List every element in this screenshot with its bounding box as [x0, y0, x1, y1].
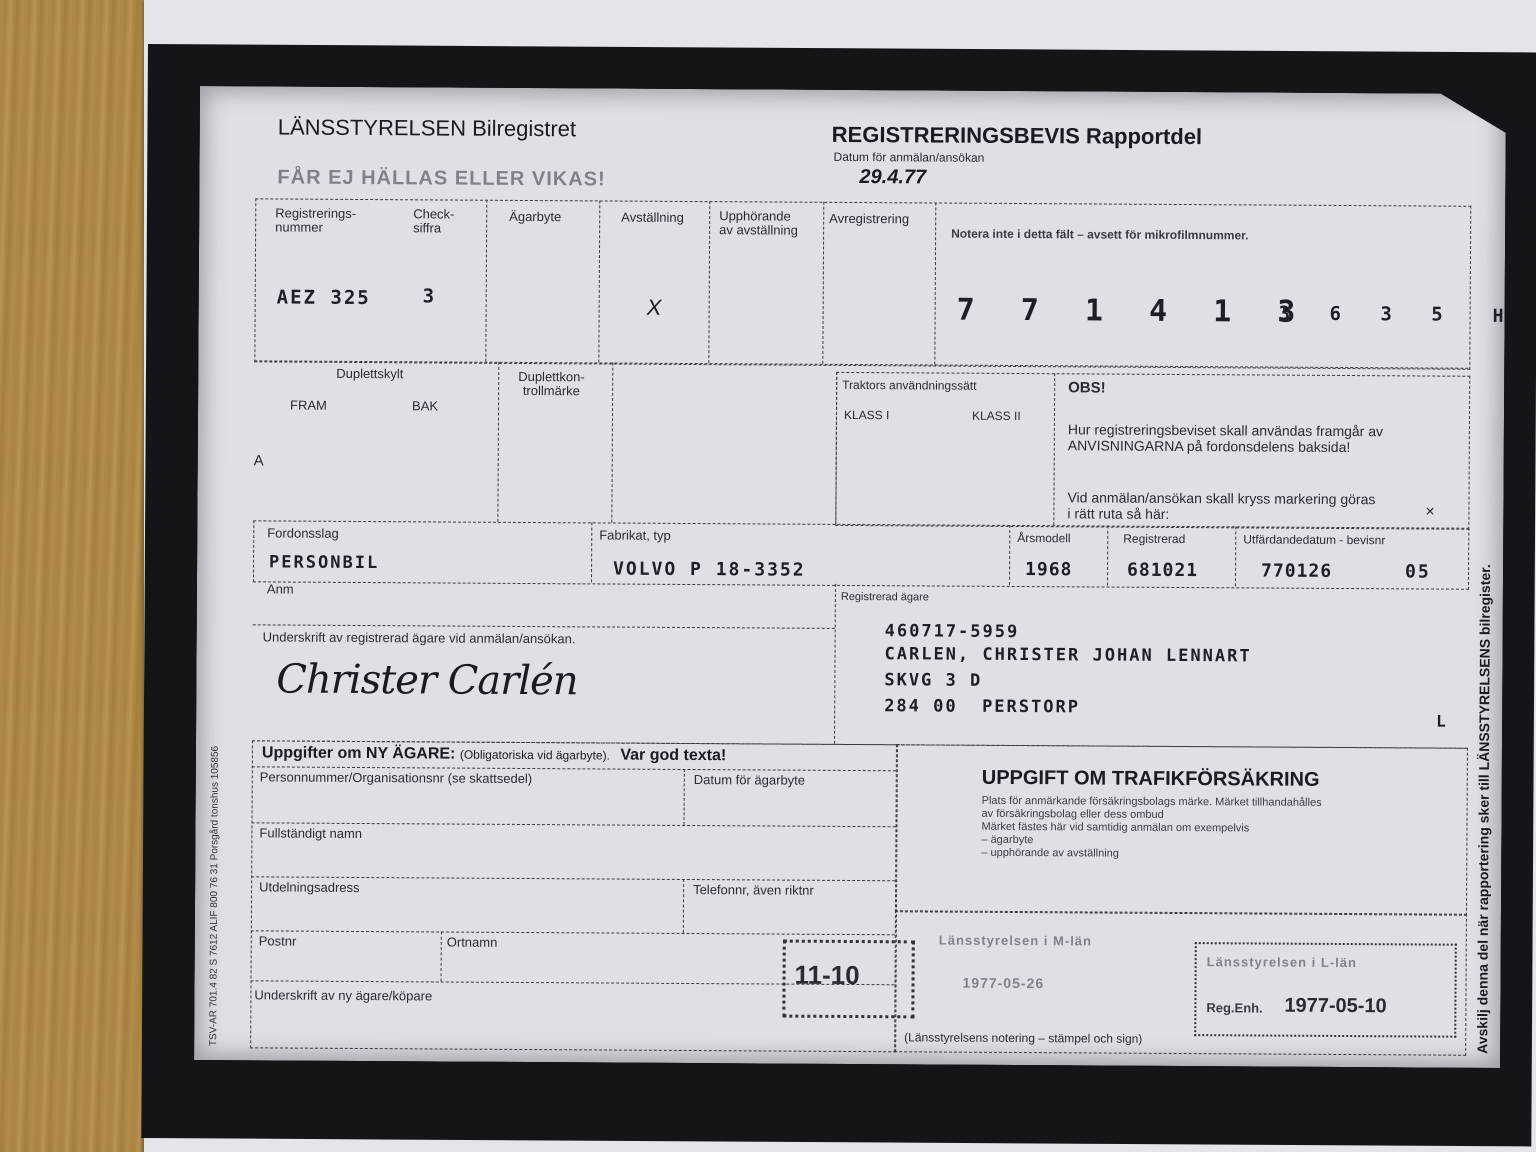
issue-number-value: 05 — [1405, 561, 1431, 582]
marker-a: A — [254, 454, 264, 468]
right-margin-text: Avskilj denna del när rapportering sker … — [1474, 564, 1493, 1054]
reg-number-value: AEZ 325 — [277, 286, 371, 309]
deregistration-label: Avställning — [621, 211, 684, 225]
remarks-label: Anm — [267, 582, 294, 596]
class1-label: KLASS I — [844, 408, 889, 422]
registered-label: Registrerad — [1123, 532, 1185, 546]
unregistration-label: Avregistrering — [829, 212, 909, 226]
date-stamp-text: 11-10 — [794, 960, 859, 991]
check-digit-value: 3 — [423, 285, 437, 307]
city-label: Ortnamn — [447, 936, 498, 950]
vehicle-type-label: Fordonsslag — [267, 526, 339, 540]
reg-number-label: Registrerings- nummer — [275, 206, 356, 234]
registered-value: 681021 — [1127, 560, 1198, 581]
obs-instructions: Hur registreringsbeviset skall användas … — [1068, 421, 1458, 455]
right-stamp-text: Länsstyrelsen i L-län — [1207, 954, 1357, 970]
right-stamp-date: 1977-05-10 — [1284, 995, 1386, 1019]
duplicate-plate-label: Duplettskylt — [336, 367, 403, 381]
handling-notice: FÅR EJ HÄLLAS ELLER VIKAS! — [277, 166, 605, 191]
obs-title: OBS! — [1068, 381, 1106, 395]
official-note-label: (Länsstyrelsens notering – stämpel och s… — [904, 1030, 1142, 1045]
vehicle-type-value: PERSONBIL — [269, 552, 379, 573]
microfilm-label: Notera inte i detta fält – avsett för mi… — [951, 227, 1248, 243]
make-label: Fabrikat, typ — [599, 528, 671, 542]
address-label: Utdelningsadress — [259, 880, 360, 895]
check-digit-label: Check- siffra — [413, 207, 454, 235]
left-margin-text: TSV-AR 701.4 82 S 7612 ALIF 800 76 31 Po… — [208, 746, 221, 1046]
authority-title: LÄNSSTYRELSEN Bilregistret — [278, 114, 576, 142]
owner-signature-label: Underskrift av registrerad ägare vid anm… — [263, 630, 576, 646]
back-label: BAK — [412, 399, 438, 413]
obs-cross-mark: × — [1425, 505, 1434, 519]
right-stamp-prefix: Reg.Enh. — [1206, 1000, 1262, 1015]
owner-postal: 284 00 PERSTORP — [884, 696, 1080, 717]
owner-signature: Christer Carlén — [276, 656, 577, 704]
owner-street: SKVG 3 D — [884, 670, 982, 691]
registered-owner-label: Registrerad ägare — [841, 590, 929, 605]
form-title: REGISTRERINGSBEVIS Rapportdel — [832, 122, 1203, 150]
obs-cross-note: Vid anmälan/ansökan skall kryss markerin… — [1067, 489, 1377, 523]
fullname-label: Fullständigt namn — [259, 826, 362, 841]
change-date-label: Datum för ägarbyte — [694, 773, 805, 788]
end-deregistration-label: Upphörande av avställning — [719, 209, 798, 237]
microfilm-suffix: 3 6 3 5 — [1279, 303, 1457, 326]
tractor-usage-label: Traktors användningssätt — [842, 378, 976, 393]
pnr-label: Personnummer/Organisationsnr (se skattse… — [260, 770, 532, 786]
insurance-instructions: Plats för anmärkande försäkringsbolags m… — [981, 795, 1321, 862]
microfilm-number: 7 7 1 4 1 3 — [957, 293, 1310, 330]
new-owner-signature-label: Underskrift av ny ägare/köpare — [254, 988, 432, 1003]
owner-code: L — [1436, 712, 1448, 731]
owner-id: 460717-5959 — [885, 618, 1020, 645]
model-year-value: 1968 — [1025, 559, 1072, 580]
insurance-title: UPPGIFT OM TRAFIKFÖRSÄKRING — [982, 767, 1320, 792]
new-owner-heading: Uppgifter om NY ÄGARE: (Obligatoriska vi… — [262, 744, 726, 765]
deregistration-check-mark: X — [647, 295, 662, 321]
issue-date-value: 770126 — [1261, 560, 1332, 581]
owner-change-label: Ägarbyte — [509, 210, 561, 224]
date-value: 29.4.77 — [859, 166, 926, 189]
zip-label: Postnr — [259, 934, 297, 948]
date-label: Datum för anmälan/ansökan — [834, 150, 985, 165]
registration-certificate-form: LÄNSSTYRELSEN Bilregistret REGISTRERINGS… — [194, 86, 1506, 1068]
left-stamp-text: Länsstyrelsen i M-län — [939, 933, 1092, 949]
front-label: FRAM — [290, 399, 327, 413]
model-year-label: Årsmodell — [1017, 531, 1070, 545]
left-stamp-date: 1977-05-26 — [962, 975, 1044, 991]
class2-label: KLASS II — [972, 409, 1021, 423]
phone-label: Telefonnr, även riktnr — [693, 883, 814, 898]
issue-date-label: Utfärdandedatum - bevisnr — [1243, 532, 1385, 547]
owner-name: CARLEN, CHRISTER JOHAN LENNART — [884, 644, 1251, 666]
make-value: VOLVO P 18-3352 — [613, 559, 806, 581]
duplicate-control-label: Duplettkon- trollmärke — [518, 370, 585, 398]
microfilm-letter: H — [1493, 306, 1506, 327]
